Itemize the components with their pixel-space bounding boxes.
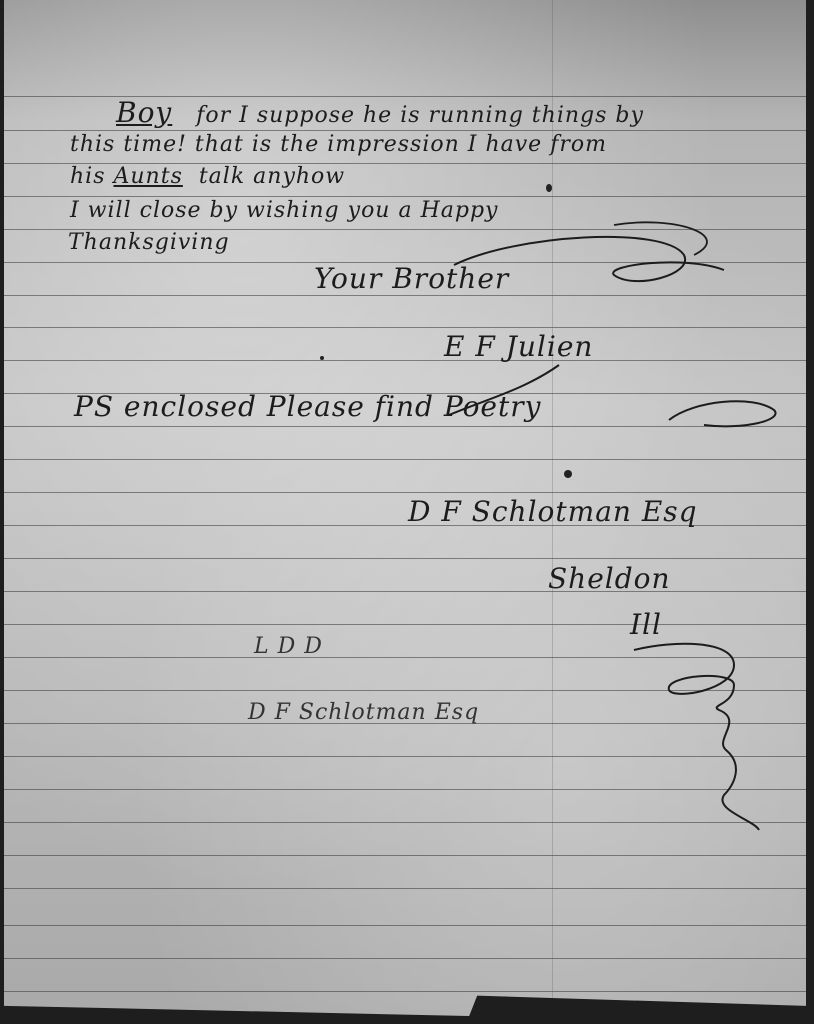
ruled-line (4, 925, 806, 926)
body-line-3: his Aunts talk anyhow (70, 164, 345, 189)
ill-squiggle-flourish (614, 620, 794, 840)
brother-flourish (434, 215, 774, 325)
signature-underline-flourish (444, 360, 564, 420)
poetry-flourish (664, 390, 784, 440)
practice-line-2: D F Schlotman Esq (248, 700, 479, 725)
ruled-line (4, 591, 806, 592)
ruled-line (4, 958, 806, 959)
letter-page: Boy for I suppose he is running things b… (4, 0, 806, 1016)
address-name: D F Schlotman Esq (408, 495, 698, 528)
ruled-line (4, 130, 806, 131)
ruled-line (4, 360, 806, 361)
body-line-1: Boy for I suppose he is running things b… (116, 96, 644, 129)
ruled-line (4, 991, 806, 992)
underlined-word-aunts: Aunts (114, 164, 183, 189)
address-town: Sheldon (548, 562, 671, 595)
ink-spot (564, 470, 572, 478)
ruled-line (4, 888, 806, 889)
body-line-1-rest: for I suppose he is running things by (180, 103, 644, 128)
underlined-word-boy: Boy (116, 96, 172, 129)
body-line-2: this time! that is the impression I have… (70, 132, 607, 157)
ruled-line (4, 855, 806, 856)
body-line-3-his: his (70, 164, 114, 189)
ink-spot (546, 184, 552, 192)
ruled-line (4, 196, 806, 197)
ink-spot (320, 356, 324, 360)
ruled-line (4, 558, 806, 559)
ruled-line (4, 492, 806, 493)
practice-line-1: L D D (254, 634, 323, 659)
ruled-line (4, 327, 806, 328)
signature: E F Julien (444, 330, 593, 363)
ruled-line (4, 459, 806, 460)
body-line-5: Thanksgiving (68, 230, 230, 255)
body-line-3-rest: talk anyhow (183, 164, 345, 189)
